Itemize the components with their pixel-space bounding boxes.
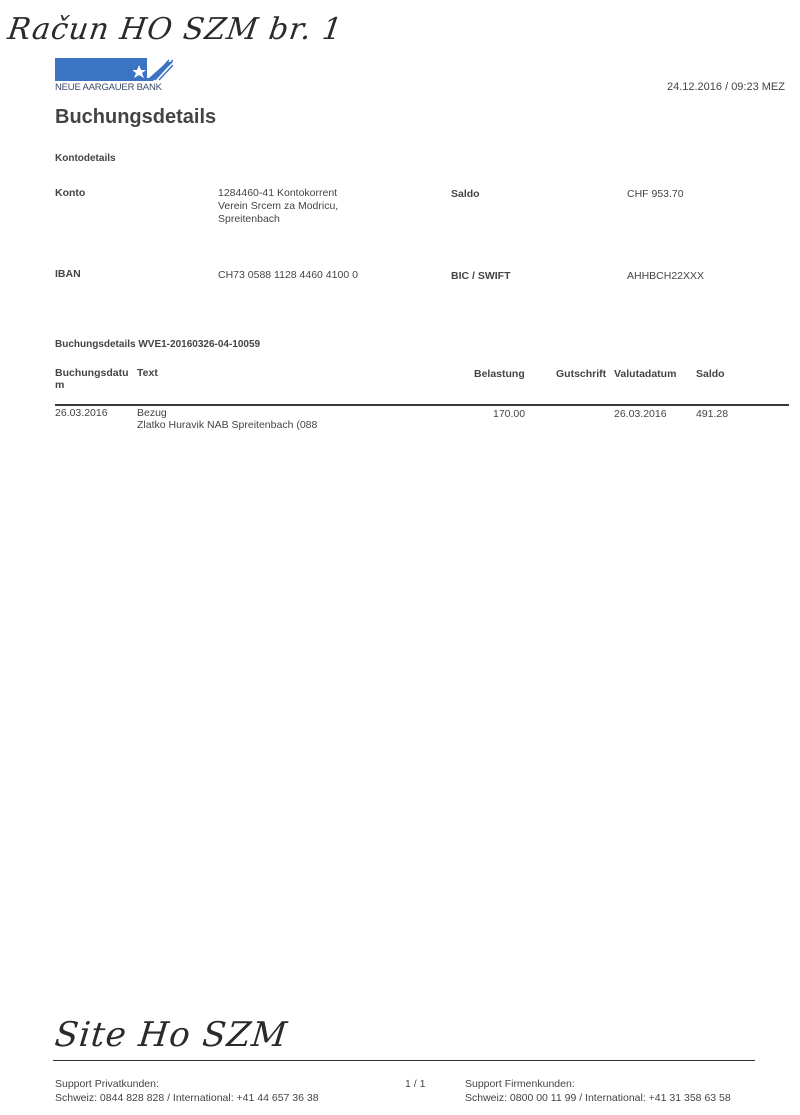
footer-support-business: Support Firmenkunden: Schweiz: 0800 00 1… xyxy=(465,1077,731,1105)
column-header-valutadatum: Valutadatum xyxy=(614,368,676,380)
handwritten-annotation-bottom: Site Ho SZM xyxy=(53,1015,290,1055)
konto-value: 1284460-41 Kontokorrent Verein Srcem za … xyxy=(218,187,338,226)
konto-line: Spreitenbach xyxy=(218,213,338,226)
column-header-text: Text xyxy=(137,367,158,379)
konto-line: 1284460-41 Kontokorrent xyxy=(218,187,338,200)
iban-label: IBAN xyxy=(55,268,81,280)
section-title-kontodetails: Kontodetails xyxy=(55,153,116,164)
section-title-buchungsdetails: Buchungsdetails WVE1-20160326-04-10059 xyxy=(55,339,260,350)
footer-business-phones: Schweiz: 0800 00 11 99 / International: … xyxy=(465,1091,731,1105)
cell-belastung: 170.00 xyxy=(493,408,525,420)
star-logo-icon xyxy=(133,58,173,82)
bic-value: AHHBCH22XXX xyxy=(627,270,704,283)
timestamp: 24.12.2016 / 09:23 MEZ xyxy=(667,81,785,93)
column-header-gutschrift: Gutschrift xyxy=(556,368,606,380)
table-header-divider xyxy=(55,404,789,406)
cell-text-line: Zlatko Huravik NAB Spreitenbach (088 xyxy=(137,419,317,431)
konto-label: Konto xyxy=(55,187,85,199)
cell-saldo: 491.28 xyxy=(696,408,728,420)
bank-name: NEUE AARGAUER BANK xyxy=(55,82,162,93)
page-title: Buchungsdetails xyxy=(55,106,216,129)
konto-line: Verein Srcem za Modricu, xyxy=(218,200,338,213)
column-header-buchungsdatum: Buchungsdatum xyxy=(55,367,135,391)
cell-valutadatum: 26.03.2016 xyxy=(614,408,667,420)
saldo-label: Saldo xyxy=(451,188,480,200)
saldo-value: CHF 953.70 xyxy=(627,188,684,201)
cell-buchungsdatum: 26.03.2016 xyxy=(55,407,108,419)
page-number: 1 / 1 xyxy=(405,1077,425,1091)
column-header-belastung: Belastung xyxy=(474,368,525,380)
handwritten-annotation-top: Račun HO SZM br. 1 xyxy=(6,12,345,47)
footer-business-title: Support Firmenkunden: xyxy=(465,1077,731,1091)
footer-private-phones: Schweiz: 0844 828 828 / International: +… xyxy=(55,1091,319,1105)
footer-divider xyxy=(53,1060,755,1061)
footer-support-private: Support Privatkunden: Schweiz: 0844 828 … xyxy=(55,1077,319,1105)
iban-value: CH73 0588 1128 4460 4100 0 xyxy=(218,269,358,282)
bic-label: BIC / SWIFT xyxy=(451,270,511,282)
footer-private-title: Support Privatkunden: xyxy=(55,1077,319,1091)
cell-text-line: Bezug xyxy=(137,407,317,419)
column-header-saldo: Saldo xyxy=(696,368,725,380)
bank-logo: NEUE AARGAUER BANK xyxy=(55,58,171,93)
cell-text: Bezug Zlatko Huravik NAB Spreitenbach (0… xyxy=(137,407,317,431)
